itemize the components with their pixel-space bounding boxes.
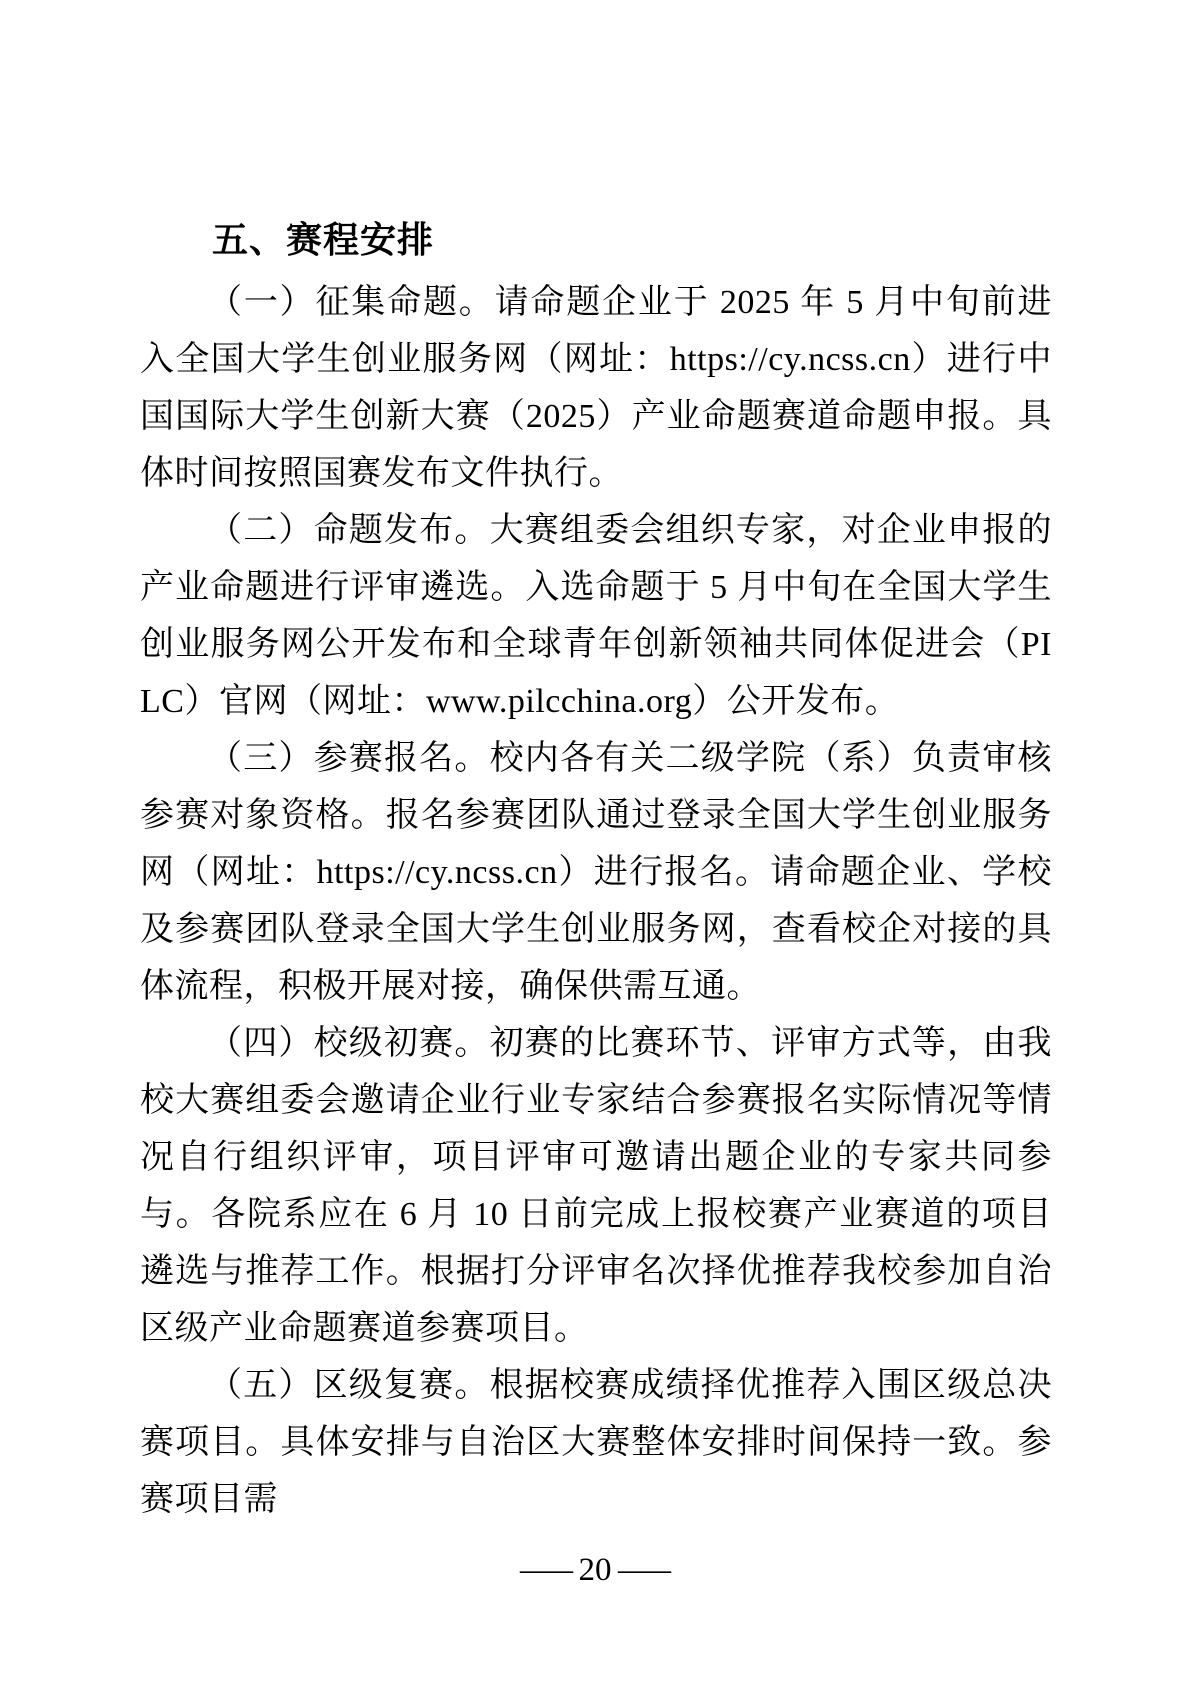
paragraph-regional-semifinal: （五）区级复赛。根据校赛成绩择优推荐入围区级总决赛项目。具体安排与自治区大赛整体…	[140, 1357, 1052, 1528]
page-footer: — 20 —	[0, 1548, 1190, 1592]
section-heading: 五、赛程安排	[140, 212, 1052, 269]
document-body: 五、赛程安排 （一）征集命题。请命题企业于 2025 年 5 月中旬前进入全国大…	[140, 212, 1052, 1528]
paragraph-topic-release: （二）命题发布。大赛组委会组织专家，对企业申报的产业命题进行评审遴选。入选命题于…	[140, 502, 1052, 730]
paragraph-registration: （三）参赛报名。校内各有关二级学院（系）负责审核参赛对象资格。报名参赛团队通过登…	[140, 730, 1052, 1015]
page-number: 20	[579, 1548, 612, 1592]
document-page: 五、赛程安排 （一）征集命题。请命题企业于 2025 年 5 月中旬前进入全国大…	[0, 0, 1190, 1682]
paragraph-school-preliminary: （四）校级初赛。初赛的比赛环节、评审方式等，由我校大赛组委会邀请企业行业专家结合…	[140, 1015, 1052, 1357]
paragraph-collect-topics: （一）征集命题。请命题企业于 2025 年 5 月中旬前进入全国大学生创业服务网…	[140, 274, 1052, 502]
footer-right-dash: —	[618, 1548, 671, 1592]
footer-left-dash: —	[520, 1548, 573, 1592]
